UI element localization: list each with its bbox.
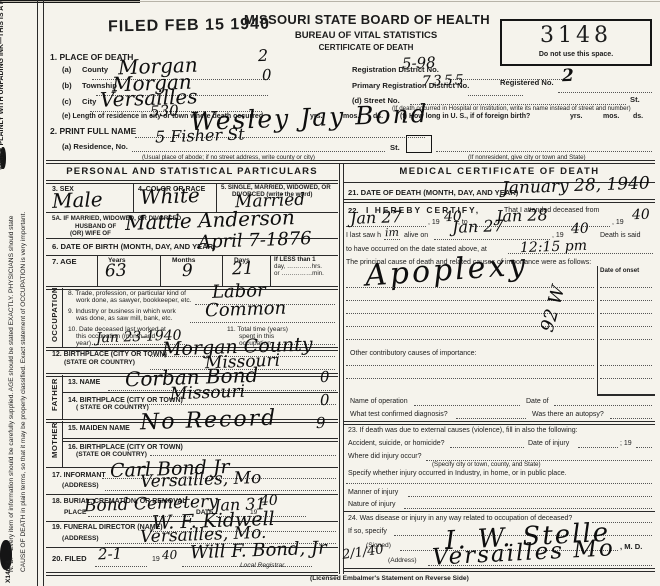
filed-date-line bbox=[95, 566, 147, 567]
street-st-label: St. bbox=[630, 96, 640, 104]
operation-date-line bbox=[554, 405, 652, 406]
attended-from-value: Jan 27 bbox=[350, 209, 402, 227]
mother-code-value: 9 bbox=[316, 416, 326, 431]
death-is-said-label: Death is said bbox=[600, 232, 640, 239]
rule bbox=[344, 199, 655, 203]
signature-date-value: 2/1/40 bbox=[341, 543, 384, 562]
trade-label2: work done, as sawyer, bookkeeper, etc. bbox=[76, 298, 191, 305]
accident-label: Accident, suicide, or homicide? bbox=[348, 440, 445, 447]
onset-line bbox=[600, 339, 652, 340]
test-line bbox=[456, 418, 526, 419]
onset-line bbox=[600, 287, 652, 288]
cell-divider bbox=[270, 255, 271, 286]
rule bbox=[344, 511, 655, 512]
label-c: (c) bbox=[62, 98, 71, 106]
father-name-label: 13. NAME bbox=[68, 379, 100, 386]
filed-year-value: 40 bbox=[162, 549, 178, 562]
last-saw-date-value: Jan 27 bbox=[452, 218, 504, 236]
dob-value: April 7-1876 bbox=[198, 230, 312, 252]
nature-of-injury-label: Nature of injury bbox=[348, 501, 395, 508]
sex-value: Male bbox=[52, 189, 103, 211]
filed-date-value: 2-1 bbox=[98, 547, 123, 563]
cell-divider bbox=[62, 288, 63, 347]
from-year-prefix: , 19 bbox=[428, 219, 440, 226]
onset-line bbox=[600, 300, 652, 301]
to-year-value: 40 bbox=[632, 208, 650, 223]
to-year-prefix: , 19 bbox=[612, 219, 624, 226]
onset-line bbox=[600, 378, 652, 379]
registration-district-value: 5-98 bbox=[402, 55, 436, 71]
board-title: MISSOURI STATE BOARD OF HEALTH bbox=[244, 13, 488, 27]
registered-no-value: 2 bbox=[562, 68, 574, 85]
spouse-label3: (OR) WIFE OF bbox=[70, 231, 111, 238]
specify-city-note: (Specify city or town, county, and State… bbox=[432, 462, 541, 469]
certificate-subtitle: CERTIFICATE OF DEATH bbox=[244, 44, 488, 52]
him-her-value: im bbox=[385, 227, 399, 238]
father-code2-value: 0 bbox=[320, 393, 330, 408]
informant-address-label: (ADDRESS) bbox=[62, 483, 99, 490]
autopsy-label: Was there an autopsy? bbox=[532, 411, 604, 418]
operation-label: Name of operation bbox=[350, 398, 408, 405]
mother-side-label: MOTHER bbox=[50, 422, 59, 458]
county-label: County bbox=[82, 66, 108, 74]
onset-line bbox=[600, 326, 652, 327]
industry-label2: was done, as saw mill, bank, etc. bbox=[76, 316, 172, 323]
less-than-day-label3: or ……………min. bbox=[274, 271, 324, 278]
mos2-label: mos. bbox=[603, 113, 619, 120]
certificate-number: 3148 bbox=[502, 24, 650, 47]
form-code: X14028 bbox=[5, 560, 12, 583]
contributory-label: Other contributory causes of importance: bbox=[350, 350, 476, 357]
manner-of-injury-line bbox=[408, 496, 652, 497]
do-not-use-note: Do not use this space. bbox=[502, 51, 650, 58]
address-label: (Address) bbox=[388, 558, 417, 565]
date-of-death-value: January 28, 1940 bbox=[502, 175, 650, 197]
personal-section-header: PERSONAL AND STATISTICAL PARTICULARS bbox=[46, 167, 338, 177]
local-registrar-label: Local Registrar. bbox=[240, 563, 286, 570]
industry-line bbox=[190, 322, 335, 323]
mother-maiden-label: 15. MAIDEN NAME bbox=[68, 425, 130, 432]
section-divider bbox=[46, 160, 655, 164]
time-of-death-value: 12:15 pm bbox=[520, 239, 587, 255]
md-label: , M. D. bbox=[620, 543, 642, 551]
dob-label: 6. DATE OF BIRTH (MONTH, DAY, AND YEAR) bbox=[52, 243, 216, 251]
filed-year-prefix: 19 bbox=[152, 556, 160, 563]
township-code-value: 0 bbox=[262, 68, 272, 83]
onset-column-bottom bbox=[597, 394, 655, 396]
father-birthplace-label2: ( STATE OR COUNTRY) bbox=[76, 405, 149, 412]
residence-st-label: St. bbox=[390, 144, 400, 152]
margin-top-note: WRITE PLAINLY WITH UNFADING INK—THIS IS … bbox=[0, 0, 5, 170]
rule bbox=[344, 421, 655, 425]
cell-divider bbox=[133, 183, 134, 212]
color-race-value: White bbox=[140, 185, 200, 207]
test-label: What test confirmed diagnosis? bbox=[350, 411, 448, 418]
informant-label: 17. INFORMANT bbox=[52, 472, 106, 479]
onset-line bbox=[600, 365, 652, 366]
burial-year-value: 40 bbox=[260, 494, 278, 509]
birthplace-label: 12. BIRTHPLACE (CITY OR TOWN) bbox=[52, 351, 167, 358]
margin-rule bbox=[43, 0, 44, 586]
accident-line bbox=[450, 447, 524, 448]
bureau-subtitle: BUREAU OF VITAL STATISTICS bbox=[244, 31, 488, 41]
nonresident-line bbox=[436, 151, 652, 152]
label-a: (a) bbox=[62, 66, 71, 74]
embalmer-note: (Licensed Embalmer's Statement on Revers… bbox=[310, 576, 469, 583]
age-label: 7. AGE bbox=[52, 258, 77, 266]
onset-line bbox=[600, 313, 652, 314]
autopsy-line bbox=[610, 418, 652, 419]
mother-birthplace-label2: (STATE OR COUNTRY) bbox=[76, 452, 147, 459]
cell-divider bbox=[62, 421, 63, 467]
alive-on-label: alive on bbox=[404, 232, 428, 239]
margin-note-line1: N. B.—Every item of information should b… bbox=[8, 216, 15, 572]
informant-address-value: Versailles, Mo bbox=[140, 470, 262, 491]
city-value: Versailles bbox=[100, 86, 198, 109]
father-code-value: 0 bbox=[320, 370, 330, 385]
date-of-onset-label: Date of onset bbox=[600, 268, 639, 275]
specify-place-label: Specify whether injury occurred in Indus… bbox=[348, 470, 567, 477]
external-causes-label: 23. If death was due to external causes … bbox=[348, 427, 578, 434]
if-so-specify-label: If so, specify bbox=[348, 528, 387, 535]
years-value: 63 bbox=[105, 263, 127, 281]
injury-year-line bbox=[636, 447, 652, 448]
residence-label: (a) Residence, No. bbox=[62, 143, 128, 151]
residence-line bbox=[132, 151, 385, 152]
days-value: 21 bbox=[232, 261, 254, 279]
residence-value: 5 Fisher St bbox=[155, 126, 245, 145]
injury-date-label: Date of injury bbox=[528, 440, 569, 447]
margin-note-line2: CAUSE OF DEATH in plain terms, so that i… bbox=[20, 212, 27, 572]
operation-date-label: Date of bbox=[526, 398, 549, 405]
city-label: City bbox=[82, 98, 96, 106]
contributory-line bbox=[346, 378, 594, 379]
months-value: 9 bbox=[182, 263, 193, 280]
filed-label: 20. FILED bbox=[52, 555, 87, 563]
county-code-value: 2 bbox=[258, 48, 269, 64]
rule bbox=[62, 438, 338, 442]
column-divider bbox=[343, 163, 344, 574]
house-number-value: 530 bbox=[150, 104, 179, 120]
column-divider bbox=[339, 163, 340, 574]
cell-divider bbox=[97, 255, 98, 286]
scan-edge-line bbox=[0, 1, 660, 2]
mother-birthplace-line bbox=[150, 455, 336, 456]
death-certificate-scan: WRITE PLAINLY WITH UNFADING INK—THIS IS … bbox=[0, 0, 660, 586]
manner-of-injury-label: Manner of injury bbox=[348, 489, 398, 496]
specify-place-line bbox=[346, 483, 652, 484]
rule bbox=[46, 572, 338, 576]
cell-divider bbox=[62, 375, 63, 419]
last-saw-year-value: 40 bbox=[571, 222, 589, 237]
operation-line bbox=[414, 405, 520, 406]
industry-value: Common bbox=[205, 300, 287, 321]
injury-date-line bbox=[578, 447, 618, 448]
print-full-name-label: 2. PRINT FULL NAME bbox=[50, 127, 136, 136]
birthplace-label2: (STATE OR COUNTRY) bbox=[64, 360, 135, 367]
label-b: (b) bbox=[62, 82, 72, 90]
funeral-director-address-label: (ADDRESS) bbox=[62, 536, 99, 543]
cell-divider bbox=[160, 255, 161, 286]
mother-maiden-value: No Record bbox=[140, 408, 278, 435]
margin-rule bbox=[37, 0, 38, 586]
occupation-side-label: OCCUPATION bbox=[50, 287, 59, 342]
residence-checkbox bbox=[406, 135, 432, 153]
father-side-label: FATHER bbox=[50, 378, 59, 411]
yrs2-label: yrs. bbox=[570, 113, 582, 120]
date-of-death-label: 21. DATE OF DEATH (MONTH, DAY, AND YEAR) bbox=[348, 189, 518, 197]
last-saw-label: I last saw h bbox=[346, 232, 381, 239]
nature-of-injury-line bbox=[404, 508, 652, 509]
father-birthplace-value: Missouri bbox=[170, 384, 246, 404]
onset-column-divider bbox=[597, 266, 598, 396]
contributory-line bbox=[346, 365, 594, 366]
injury-year-label: ; 19 bbox=[620, 440, 632, 447]
registered-no-label: Registered No. bbox=[500, 79, 554, 87]
rule bbox=[344, 568, 655, 572]
registered-no-line bbox=[558, 92, 652, 93]
cause-line bbox=[346, 339, 594, 340]
primary-district-line bbox=[468, 95, 523, 96]
burial-place-label: PLACE bbox=[64, 510, 86, 517]
cause-of-death-value: Apoplexy bbox=[364, 250, 529, 291]
where-injury-label: Where did injury occur? bbox=[348, 453, 422, 460]
certificate-number-box: 3148 Do not use this space. bbox=[500, 19, 652, 66]
ds2-label: ds. bbox=[633, 113, 643, 120]
primary-district-value: 7355 bbox=[422, 73, 466, 89]
registrar-signature: Will F. Bond, Jr bbox=[190, 540, 327, 563]
